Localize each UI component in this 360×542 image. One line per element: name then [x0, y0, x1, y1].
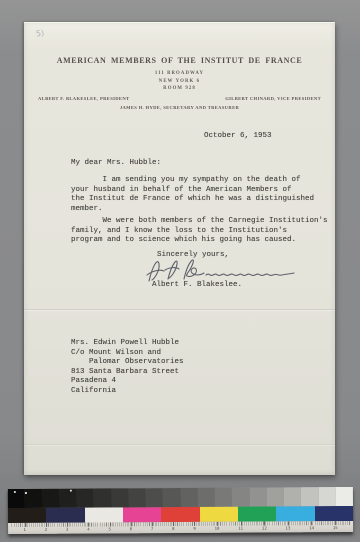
paper-fold-crease	[24, 309, 335, 310]
grayscale-step	[111, 488, 128, 507]
ruler-number: 11	[238, 525, 243, 530]
ruler-number: 9	[193, 525, 195, 530]
color-patch	[161, 507, 199, 522]
officer-president: ALBERT F. BLAKESLEE, PRESIDENT	[38, 96, 129, 101]
letter-line: member.	[71, 205, 314, 215]
letterhead-officers-row: ALBERT F. BLAKESLEE, PRESIDENT GILBERT C…	[38, 96, 321, 101]
recipient-address-block: Mrs. Edwin Powell HubbleC/o Mount Wilson…	[71, 339, 184, 397]
color-patch	[200, 507, 238, 522]
ruler-number: 2	[45, 526, 47, 531]
grayscale-step	[129, 488, 146, 507]
color-patch	[46, 508, 84, 523]
grayscale-step	[318, 487, 335, 506]
letter-salutation: My dear Mrs. Hubble:	[71, 159, 161, 169]
ruler-number: 5	[108, 526, 110, 531]
ruler-number: 7	[151, 526, 153, 531]
ruler-number: 3	[66, 526, 68, 531]
ruler-number: 8	[172, 526, 174, 531]
dust-speck	[70, 490, 72, 492]
dust-speck	[25, 492, 27, 494]
grayscale-step	[42, 489, 59, 508]
color-patch	[8, 508, 46, 523]
dust-speck	[14, 491, 16, 493]
address-line: Mrs. Edwin Powell Hubble	[71, 339, 184, 349]
color-patch	[85, 507, 123, 522]
grayscale-step	[8, 489, 25, 508]
address-line: C/o Mount Wilson and	[71, 349, 184, 359]
scanned-letter-page: 5) AMERICAN MEMBERS OF THE INSTITUT DE F…	[0, 0, 360, 542]
grayscale-step	[336, 487, 353, 506]
grayscale-step	[284, 487, 301, 506]
color-patch	[315, 506, 353, 521]
grayscale-step	[215, 488, 232, 507]
address-line: Pasadena 4	[71, 377, 184, 387]
letterhead-room: ROOM 928	[24, 86, 335, 91]
letter-paragraph-2: We were both members of the Carnegie Ins…	[71, 217, 328, 246]
grayscale-step	[60, 489, 77, 508]
ruler-number: 4	[87, 526, 89, 531]
letter-line: We were both members of the Carnegie Ins…	[71, 217, 328, 227]
ruler-number: 15	[333, 525, 338, 530]
grayscale-step	[180, 488, 197, 507]
grayscale-step	[232, 488, 249, 507]
letter-paragraph-1: I am sending you my sympathy on the deat…	[71, 176, 314, 214]
ruler-strip: 123456789101112131415	[8, 521, 353, 534]
color-patch	[123, 507, 161, 522]
grayscale-step	[25, 489, 42, 508]
officer-vice-president: GILBERT CHINARD, VICE PRESIDENT	[225, 96, 321, 101]
ruler-numbers: 123456789101112131415	[14, 524, 347, 531]
address-line: California	[71, 387, 184, 397]
ruler-number: 1	[24, 526, 26, 531]
letter-date: October 6, 1953	[204, 132, 272, 142]
letterhead-city: NEW YORK 6	[24, 79, 335, 84]
pencil-annotation: 5)	[35, 28, 44, 38]
letterhead-street: 111 BROADWAY	[24, 71, 335, 76]
letter-paper: 5) AMERICAN MEMBERS OF THE INSTITUT DE F…	[24, 22, 335, 475]
letter-line: your husband in behalf of the American M…	[71, 186, 314, 196]
letterhead-organization: AMERICAN MEMBERS OF THE INSTITUT DE FRAN…	[24, 56, 335, 65]
grayscale-step	[77, 489, 94, 508]
ruler-number: 6	[130, 526, 132, 531]
letter-line: program and to science which his going h…	[71, 236, 328, 246]
grayscale-step	[198, 488, 215, 507]
color-patch	[238, 506, 276, 521]
address-line: Palomar Observatories	[71, 358, 184, 368]
letter-line: family, and I know the loss to the Insti…	[71, 227, 328, 237]
letter-line: I am sending you my sympathy on the deat…	[71, 176, 314, 186]
ruler-number: 12	[262, 525, 267, 530]
grayscale-step	[146, 488, 163, 507]
officer-secretary-treasurer: JAMES H. HYDE, SECRETARY AND TREASURER	[24, 105, 335, 110]
color-patch	[276, 506, 314, 521]
paper-fold-crease	[24, 444, 335, 445]
grayscale-step	[267, 487, 284, 506]
typed-signature-name: Albert F. Blakeslee.	[152, 281, 242, 291]
grayscale-step	[301, 487, 318, 506]
grayscale-step	[163, 488, 180, 507]
grayscale-step	[94, 488, 111, 507]
color-calibration-bar: 123456789101112131415	[8, 487, 353, 534]
address-line: 813 Santa Barbara Street	[71, 368, 184, 378]
ruler-number: 10	[215, 525, 220, 530]
grayscale-step	[249, 487, 266, 506]
ruler-number: 13	[286, 525, 291, 530]
letter-line: the Institut de France of which he was a…	[71, 195, 314, 205]
ruler-number: 14	[309, 525, 314, 530]
grayscale-wedge	[8, 487, 353, 508]
